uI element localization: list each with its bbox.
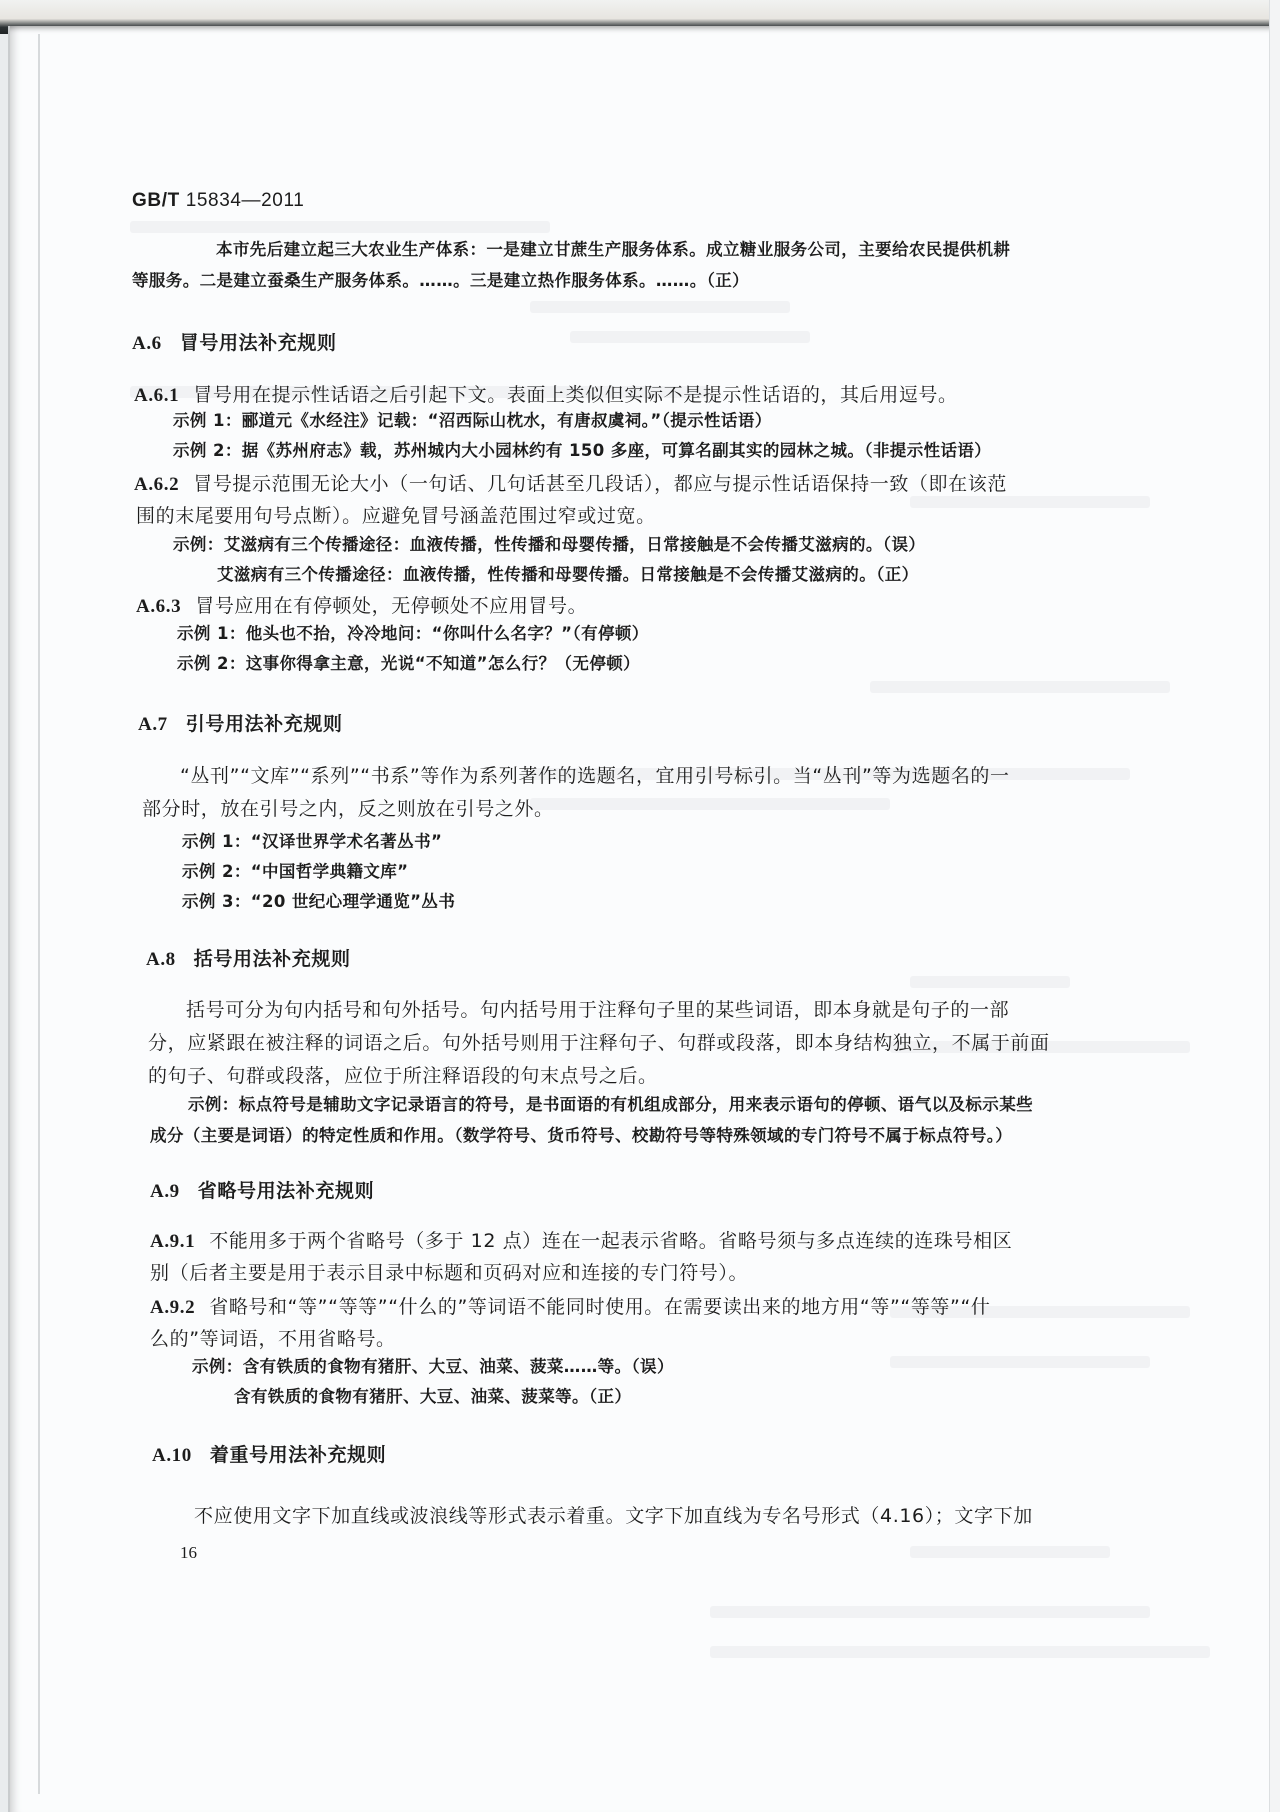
clause-a6-1: A.6.1冒号用在提示性话语之后引起下文。表面上类似但实际不是提示性话语的，其后… — [134, 380, 958, 407]
example-a9-2-right: 含有铁质的食物有猪肝、大豆、油菜、菠菜等。（正） — [234, 1383, 631, 1407]
example-a7-2: 示例 2：“中国哲学典籍文库” — [182, 858, 408, 882]
bleed-through — [910, 976, 1070, 988]
page-right-edge — [1269, 0, 1280, 1812]
standard-code: GB/T 15834—2011 — [132, 190, 304, 212]
section-heading-a7: A.7引号用法补充规则 — [138, 709, 343, 736]
section-number: A.8 — [146, 949, 176, 970]
clause-text: 不能用多于两个省略号（多于 12 点）连在一起表示省略。省略号须与多点连续的连珠… — [209, 1230, 1012, 1252]
a10-paragraph-line-1: 不应使用文字下加直线或波浪线等形式表示着重。文字下加直线为专名号形式（4.16）… — [194, 1501, 1033, 1528]
example-a7-1: 示例 1：“汉译世界学术名著丛书” — [182, 828, 442, 852]
standard-code-prefix: GB/T — [132, 190, 180, 211]
clause-a9-2-line-1: A.9.2省略号和“等”“等等”“什么的”等词语不能同时使用。在需要读出来的地方… — [150, 1292, 991, 1319]
clause-a6-2-line-2: 围的末尾要用句号点断）。应避免冒号涵盖范围过窄或过宽。 — [136, 501, 656, 528]
page-edge-shadow — [38, 34, 40, 1794]
bleed-through — [530, 798, 890, 810]
a8-paragraph-line-3: 的句子、句群或段落，应位于所注释语段的句末点号之后。 — [148, 1061, 658, 1088]
clause-a6-3: A.6.3冒号应用在有停顿处，无停顿处不应用冒号。 — [136, 591, 587, 618]
clause-text: 冒号用在提示性话语之后引起下文。表面上类似但实际不是提示性话语的，其后用逗号。 — [193, 384, 957, 406]
clause-number: A.6.2 — [134, 474, 179, 495]
bleed-through — [890, 1356, 1150, 1368]
example-a6-2-wrong: 示例：艾滋病有三个传播途径：血液传播，性传播和母婴传播，日常接触是不会传播艾滋病… — [173, 531, 925, 555]
clause-a9-1-line-2: 别（后者主要是用于表示目录中标题和页码对应和连接的专门符号）。 — [150, 1258, 748, 1285]
intro-example-line-2: 等服务。二是建立蚕桑生产服务体系。……。三是建立热作服务体系。……。（正） — [132, 267, 749, 291]
clause-a6-2-line-1: A.6.2冒号提示范围无论大小（一句话、几句话甚至几段话），都应与提示性话语保持… — [134, 469, 1007, 496]
clause-text: 省略号和“等”“等等”“什么的”等词语不能同时使用。在需要读出来的地方用“等”“… — [209, 1296, 990, 1318]
clause-number: A.6.3 — [136, 596, 181, 617]
clause-text: 冒号应用在有停顿处，无停顿处不应用冒号。 — [195, 595, 587, 617]
bleed-through — [910, 1546, 1110, 1558]
a7-paragraph-line-1: “丛刊”“文库”“系列”“书系”等作为系列著作的选题名，宜用引号标引。当“丛刊”… — [180, 761, 1010, 788]
section-title: 引号用法补充规则 — [186, 713, 343, 735]
section-title: 省略号用法补充规则 — [198, 1180, 374, 1202]
clause-number: A.6.1 — [134, 385, 179, 406]
bleed-through — [870, 681, 1170, 693]
example-a8-line-2: 成分（主要是词语）的特定性质和作用。（数学符号、货币符号、校勘符号等特殊领域的专… — [150, 1122, 1012, 1146]
example-a7-3: 示例 3：“20 世纪心理学通览”丛书 — [182, 888, 455, 912]
clause-a9-1-line-1: A.9.1不能用多于两个省略号（多于 12 点）连在一起表示省略。省略号须与多点… — [150, 1226, 1012, 1253]
bleed-through — [710, 1606, 1150, 1618]
section-title: 括号用法补充规则 — [194, 948, 351, 970]
example-a9-2-wrong: 示例：含有铁质的食物有猪肝、大豆、油菜、菠菜……等。（误） — [192, 1353, 674, 1377]
section-number: A.9 — [150, 1181, 180, 1202]
section-number: A.7 — [138, 714, 168, 735]
example-a6-3-2: 示例 2：这事你得拿主意，光说“不知道”怎么行？（无停顿） — [177, 650, 640, 674]
document-page: GB/T 15834—2011 本市先后建立起三大农业生产体系：一是建立甘蔗生产… — [8, 26, 1272, 1812]
a7-paragraph-line-2: 部分时，放在引号之内，反之则放在引号之外。 — [142, 794, 554, 821]
clause-number: A.9.2 — [150, 1297, 195, 1318]
clause-a9-2-line-2: 么的”等词语，不用省略号。 — [150, 1324, 396, 1351]
section-heading-a6: A.6冒号用法补充规则 — [132, 328, 337, 355]
clause-number: A.9.1 — [150, 1231, 195, 1252]
example-a6-3-1: 示例 1：他头也不抬，冷冷地问：“你叫什么名字？”（有停顿） — [177, 620, 649, 644]
section-heading-a10: A.10着重号用法补充规则 — [152, 1440, 386, 1467]
bleed-through — [530, 301, 790, 313]
example-a6-1-2: 示例 2：据《苏州府志》载，苏州城内大小园林约有 150 多座，可算名副其实的园… — [173, 437, 991, 461]
bleed-through — [130, 221, 550, 233]
section-number: A.10 — [152, 1445, 192, 1466]
example-a8-line-1: 示例：标点符号是辅助文字记录语言的符号，是书面语的有机组成部分，用来表示语句的停… — [188, 1091, 1033, 1115]
section-heading-a9: A.9省略号用法补充规则 — [150, 1176, 374, 1203]
a8-paragraph-line-1: 括号可分为句内括号和句外括号。句内括号用于注释句子里的某些词语，即本身就是句子的… — [186, 995, 1009, 1022]
example-a6-1-1: 示例 1：郦道元《水经注》记载：“沼西际山枕水，有唐叔虞祠。”（提示性话语） — [173, 407, 772, 431]
example-a6-2-right: 艾滋病有三个传播途径：血液传播，性传播和母婴传播。日常接触是不会传播艾滋病的。（… — [217, 561, 919, 585]
section-heading-a8: A.8括号用法补充规则 — [146, 944, 351, 971]
section-title: 冒号用法补充规则 — [180, 332, 337, 354]
standard-code-number: 15834—2011 — [186, 190, 305, 211]
intro-example-line-1: 本市先后建立起三大农业生产体系：一是建立甘蔗生产服务体系。成立糖业服务公司，主要… — [216, 236, 1010, 260]
section-title: 着重号用法补充规则 — [210, 1444, 386, 1466]
bleed-through — [570, 331, 810, 343]
page-number: 16 — [180, 1543, 197, 1563]
bleed-through — [710, 1646, 1210, 1658]
a8-paragraph-line-2: 分，应紧跟在被注释的词语之后。句外括号则用于注释句子、句群或段落，即本身结构独立… — [148, 1028, 1050, 1055]
clause-text: 冒号提示范围无论大小（一句话、几句话甚至几段话），都应与提示性话语保持一致（即在… — [193, 473, 1007, 495]
bleed-through — [910, 496, 1150, 508]
section-number: A.6 — [132, 333, 162, 354]
